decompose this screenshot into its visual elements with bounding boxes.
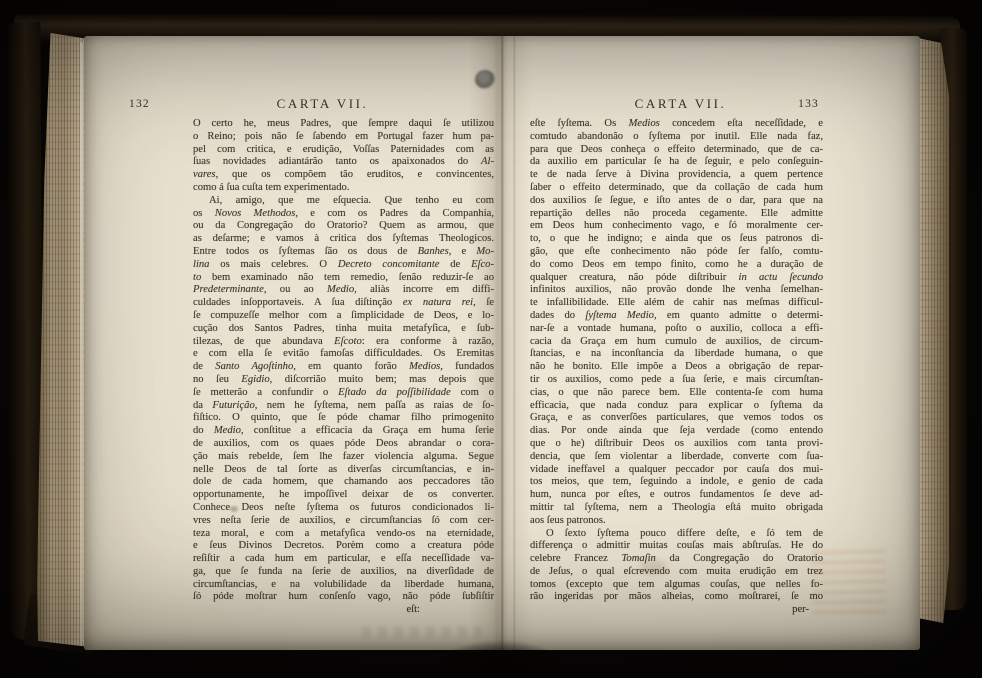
running-title-right: CARTA VII. bbox=[534, 96, 827, 112]
left-page-header: 132 CARTA VII. bbox=[193, 96, 494, 116]
text-line: gão, que eſte conhecimento não póde ſer … bbox=[530, 246, 823, 259]
italic-text: Novos Methodos bbox=[215, 208, 296, 219]
text-line: celebre Francez Tomaſin da Congregação d… bbox=[530, 553, 823, 566]
italic-text: Eſtado da poſſibilidade bbox=[338, 387, 451, 398]
text-line: Graça, e as converſões particulares, que… bbox=[530, 412, 823, 425]
text-line: cacia da Graça em hum cumulo de auxilios… bbox=[530, 336, 823, 349]
text-line: tomos (excepto que tem algumas couſas, q… bbox=[530, 579, 823, 592]
catchword-right: per- bbox=[530, 604, 823, 617]
text-line: que o he) diſtribuir Deos os auxilios co… bbox=[530, 438, 823, 451]
right-page-text-block: eſte ſyſtema. Os Medios concedem eſta ne… bbox=[530, 118, 823, 604]
italic-text: to bbox=[193, 272, 201, 283]
text-line: Predeterminante, ou ao Medio, aliàs inco… bbox=[193, 284, 494, 297]
italic-text: Mo- bbox=[476, 246, 494, 257]
text-line: tos meios, que tem, ſeguindo a indole, e… bbox=[530, 476, 823, 489]
text-line: tilezas, de que abundava Eſcoto: era con… bbox=[193, 336, 494, 349]
text-line: ſó póde moſtrar hum conſenſo vago, não p… bbox=[193, 591, 494, 604]
text-line: comtudo abandonão o ſyſtema por inutil. … bbox=[530, 131, 823, 144]
text-line: o Reino; pois não ſe ſabendo em Portugal… bbox=[193, 131, 494, 144]
text-line: lina os mais celebres. O Decreto concomi… bbox=[193, 259, 494, 272]
text-line: eſte ſyſtema. Os Medios concedem eſta ne… bbox=[530, 118, 823, 131]
text-line: e ſeus Divinos Decretos. Porèm como a cr… bbox=[193, 540, 494, 553]
book-photo: 132 CARTA VII. O certo he, meus Padres, … bbox=[0, 0, 982, 678]
text-line: da auxilio em particular ſe ha de ſeguir… bbox=[530, 156, 823, 169]
text-line: do Medio, conſtitue a efficacia da Graça… bbox=[193, 425, 494, 438]
text-line: dades do ſyſtema Medio, em quanto admitt… bbox=[530, 310, 823, 323]
italic-text: lina bbox=[193, 259, 209, 270]
ink-bleedthrough-right bbox=[811, 547, 886, 614]
text-line: para que Deos conheça o effeito determin… bbox=[530, 144, 823, 157]
text-line: não he bonito. Elle impõe a Deos a obrig… bbox=[530, 361, 823, 374]
italic-text: in actu ſecundo bbox=[739, 272, 823, 283]
text-line: cias, o que não parece bem. Elle content… bbox=[530, 387, 823, 400]
text-line: ga, que ſe funda na ſerie de auxilios, n… bbox=[193, 566, 494, 579]
text-line: os Novos Methodos, e com os Padres da Co… bbox=[193, 208, 494, 221]
italic-text: Futurição bbox=[212, 400, 254, 411]
italic-text: Eſcoto bbox=[334, 336, 362, 347]
text-line: cução dos Santos Padres, tinha muita met… bbox=[193, 323, 494, 336]
right-page-content: CARTA VII. 133 eſte ſyſtema. Os Medios c… bbox=[530, 96, 823, 617]
spine-bottom-shadow bbox=[424, 628, 576, 670]
text-line: de Jeſus, o qual eſcrevendo com muita er… bbox=[530, 566, 823, 579]
text-line: tir os auxilios, como pede a ſua ſerie, … bbox=[530, 374, 823, 387]
running-title-left: CARTA VII. bbox=[172, 96, 473, 112]
italic-text: ſyſtema Medio bbox=[585, 310, 654, 321]
italic-text: Santo Agoſtinho bbox=[215, 361, 293, 372]
text-line: rão ingeridas por mãos alheias, como moſ… bbox=[530, 591, 823, 604]
italic-text: Al- bbox=[481, 156, 494, 167]
text-line: to, o que he indigno; e ainda que os ſeu… bbox=[530, 233, 823, 246]
italic-text: Eſco- bbox=[471, 259, 494, 270]
text-line: teza moral, e com a metafyſica vendo-os … bbox=[193, 528, 494, 541]
text-line: ſaber o effeito determinado, que da coll… bbox=[530, 182, 823, 195]
text-line: to bem examinado não tem remedio, ſenão … bbox=[193, 272, 494, 285]
text-line: efficacia, que nada conduz para explicar… bbox=[530, 400, 823, 413]
paper-speck bbox=[230, 506, 238, 512]
text-line: vres neſta ſerie de auxilios, e circumſt… bbox=[193, 515, 494, 528]
italic-text: Predeterminante bbox=[193, 284, 264, 295]
text-line: O certo he, meus Padres, que ſempre daqu… bbox=[193, 118, 494, 131]
text-line: opportunamente, he impoſſivel deixar de … bbox=[193, 489, 494, 502]
text-line: ſuas novidades adiantárão tanto os apaix… bbox=[193, 156, 494, 169]
italic-text: Medios bbox=[409, 361, 440, 372]
text-line: e com ella ſe evitão famoſas difficuldad… bbox=[193, 348, 494, 361]
page-number-left: 132 bbox=[129, 98, 150, 110]
italic-text: Decreto concomitante bbox=[338, 259, 440, 270]
italic-text: Medios bbox=[629, 118, 660, 129]
text-line: de Santo Agoſtinho, em quanto forão Medi… bbox=[193, 361, 494, 374]
text-line: Ai, amigo, que me eſquecia. Que tenho eu… bbox=[193, 195, 494, 208]
text-line: qualquer creatura, não póde diſtribuir i… bbox=[530, 272, 823, 285]
text-line: hum, nunca por eſtes, e outros fundament… bbox=[530, 489, 823, 502]
ink-smudge-spot bbox=[475, 70, 495, 89]
text-line: vidade ineffavel a qualquer peccador por… bbox=[530, 464, 823, 477]
text-line: nelle Deos de tal ſorte as diverſas circ… bbox=[193, 464, 494, 477]
text-line: do como Deos em tempo finito, como he a … bbox=[530, 259, 823, 272]
text-line: O ſexto ſyſtema pouco differe deſte, e ſ… bbox=[530, 528, 823, 541]
text-line: ção mais rebelde, ſem lhe fazer violenci… bbox=[193, 451, 494, 464]
text-line: dos auxilios ſe ſegue, e iſto antes de o… bbox=[530, 195, 823, 208]
text-line: ou da Congregação do Oratorio? Quem as a… bbox=[193, 220, 494, 233]
right-page-header: CARTA VII. 133 bbox=[530, 96, 823, 116]
text-line: dias. Por onde ainda que ſeja verdade (c… bbox=[530, 425, 823, 438]
text-line: mittir tal ſyſtema, nem a Theologia eſtá… bbox=[530, 502, 823, 515]
text-line: culdades inſopportaveis. A ſua diſtinção… bbox=[193, 297, 494, 310]
text-line: fiſtico. O quinto, que ſe póde chamar fi… bbox=[193, 412, 494, 425]
italic-text: ex natura rei bbox=[403, 297, 473, 308]
left-page-content: 132 CARTA VII. O certo he, meus Padres, … bbox=[193, 96, 494, 617]
italic-text: Egidio bbox=[241, 374, 269, 385]
text-line: as deſarme; e vamos à critica dos ſyſtem… bbox=[193, 233, 494, 246]
text-line: repartição delles não proceda cegamente.… bbox=[530, 208, 823, 221]
italic-text: Medio bbox=[327, 284, 354, 295]
italic-text: vares bbox=[193, 169, 216, 180]
page-number-right: 133 bbox=[798, 98, 819, 110]
text-line: ſtancias, e na inconſtancia da liberdade… bbox=[530, 348, 823, 361]
text-line: te infallibilidade. Elle além de cahir n… bbox=[530, 297, 823, 310]
text-line: Conhece Deos neſte ſyſtema os futuros co… bbox=[193, 502, 494, 515]
text-line: de auxilios, com os quaes póde Deos abra… bbox=[193, 438, 494, 451]
text-line: em Deos hum conhecimento vago, e ſó mora… bbox=[530, 220, 823, 233]
paper-stain bbox=[640, 560, 666, 574]
text-line: como á ſua cuſta tem experimentado. bbox=[193, 182, 494, 195]
text-line: ſe compuzeſſe melhor com a ſimplicidade … bbox=[193, 310, 494, 323]
left-page-text-block: O certo he, meus Padres, que ſempre daqu… bbox=[193, 118, 494, 604]
text-line: vares, que os compõem tão eruditos, e co… bbox=[193, 169, 494, 182]
text-line: da Futurição, nem he ſyſtema, nem paſſa … bbox=[193, 400, 494, 413]
italic-text: Medio bbox=[214, 425, 241, 436]
text-line: dole de cada homem, que chamando aos pec… bbox=[193, 476, 494, 489]
italic-text: Banhes bbox=[418, 246, 449, 257]
catchword-left: eſt: bbox=[193, 604, 494, 617]
text-line: reſiſtir a cada hum em particular, e eſſ… bbox=[193, 553, 494, 566]
text-line: no ſeu Egidio, diſcorrião muito bem; mas… bbox=[193, 374, 494, 387]
text-line: differença o admittir muitas couſas mais… bbox=[530, 540, 823, 553]
text-line: aos ſeus patronos. bbox=[530, 515, 823, 528]
text-line: dencia, que ſem violentar a liberdade, c… bbox=[530, 451, 823, 464]
text-line: nar-ſe a vontade humana, poſto o auxilio… bbox=[530, 323, 823, 336]
text-line: pel com critica, e erudição, Voſſas Pate… bbox=[193, 144, 494, 157]
text-line: Entre todos os ſyſtemas ſão os dous de B… bbox=[193, 246, 494, 259]
text-line: circumſtancias, e na volubilidade da lib… bbox=[193, 579, 494, 592]
text-line: ſe metterão a confundir o Eſtado da poſſ… bbox=[193, 387, 494, 400]
text-line: te de nada ſerve à Divina providencia, a… bbox=[530, 169, 823, 182]
book-page-left: 132 CARTA VII. O certo he, meus Padres, … bbox=[84, 36, 497, 650]
text-line: infinitos auxilios, não provão donde lhe… bbox=[530, 284, 823, 297]
